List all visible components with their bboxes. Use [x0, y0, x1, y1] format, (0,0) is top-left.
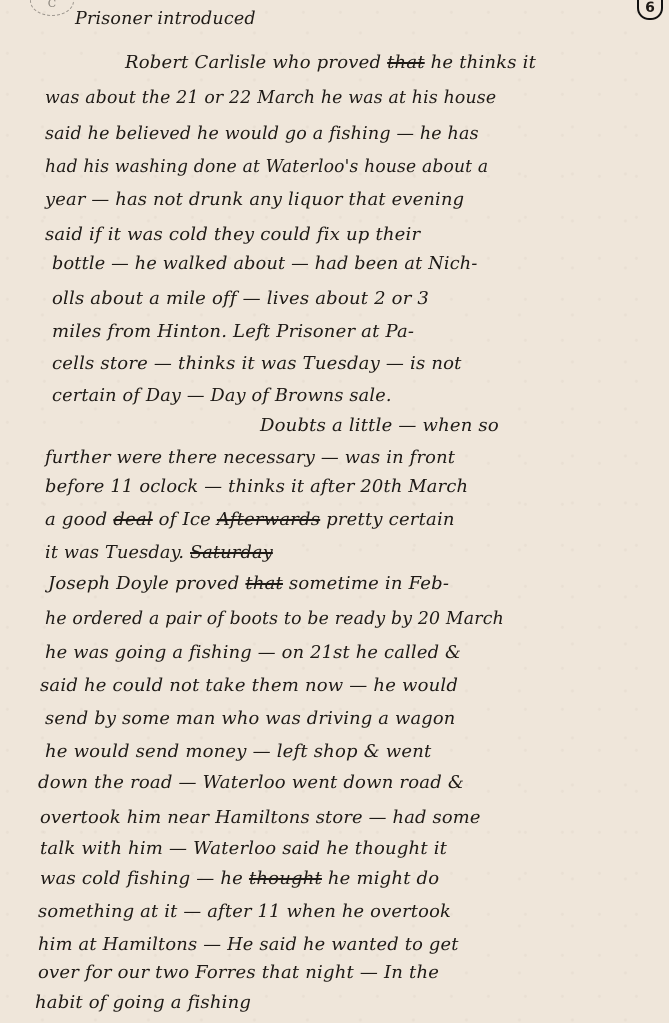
manuscript-line: a good deal of Ice Afterwards pretty cer… — [45, 509, 455, 530]
manuscript-line: was about the 21 or 22 March he was at h… — [45, 87, 496, 108]
struck-word: thought — [249, 868, 322, 889]
page-number-badge: 6 — [637, 0, 663, 20]
manuscript-line: olls about a mile off — lives about 2 or… — [52, 288, 429, 309]
struck-word: that — [245, 573, 283, 594]
manuscript-line: before 11 oclock — thinks it after 20th … — [45, 476, 468, 497]
manuscript-line: he was going a fishing — on 21st he call… — [45, 642, 461, 663]
manuscript-line: Robert Carlisle who proved that he think… — [125, 52, 536, 73]
struck-word: Afterwards — [217, 509, 320, 530]
manuscript-line: it was Tuesday. Saturday — [45, 542, 273, 563]
manuscript-line: said he believed he would go a fishing —… — [45, 123, 479, 144]
manuscript-line: over for our two Forres that night — In … — [38, 962, 439, 983]
struck-word: deal — [113, 509, 152, 530]
manuscript-line: Doubts a little — when so — [260, 415, 499, 436]
manuscript-line: had his washing done at Waterloo's house… — [45, 156, 488, 177]
manuscript-line: cells store — thinks it was Tuesday — is… — [52, 353, 462, 374]
manuscript-line: Prisoner introduced — [75, 8, 256, 29]
manuscript-line: send by some man who was driving a wagon — [45, 708, 455, 729]
manuscript-line: talk with him — Waterloo said he thought… — [40, 838, 447, 859]
manuscript-line: bottle — he walked about — had been at N… — [52, 253, 477, 274]
manuscript-page: C 6 Prisoner introducedRobert Carlisle w… — [0, 0, 669, 1023]
corner-stamp: C — [30, 0, 74, 16]
struck-word: Saturday — [190, 542, 273, 563]
manuscript-line: he would send money — left shop & went — [45, 741, 431, 762]
manuscript-line: he ordered a pair of boots to be ready b… — [45, 608, 504, 629]
manuscript-line: miles from Hinton. Left Prisoner at Pa- — [52, 321, 414, 342]
manuscript-line: said if it was cold they could fix up th… — [45, 224, 420, 245]
manuscript-line: habit of going a fishing — [35, 992, 251, 1013]
manuscript-line: him at Hamiltons — He said he wanted to … — [38, 934, 459, 955]
manuscript-line: down the road — Waterloo went down road … — [38, 772, 464, 793]
manuscript-line: year — has not drunk any liquor that eve… — [45, 189, 464, 210]
manuscript-line: something at it — after 11 when he overt… — [38, 901, 451, 922]
manuscript-line: certain of Day — Day of Browns sale. — [52, 385, 392, 406]
manuscript-line: Joseph Doyle proved that sometime in Feb… — [48, 573, 449, 594]
manuscript-line: said he could not take them now — he wou… — [40, 675, 458, 696]
manuscript-line: overtook him near Hamiltons store — had … — [40, 807, 481, 828]
struck-word: that — [387, 52, 425, 73]
manuscript-line: was cold fishing — he thought he might d… — [40, 868, 439, 889]
manuscript-line: further were there necessary — was in fr… — [45, 447, 455, 468]
